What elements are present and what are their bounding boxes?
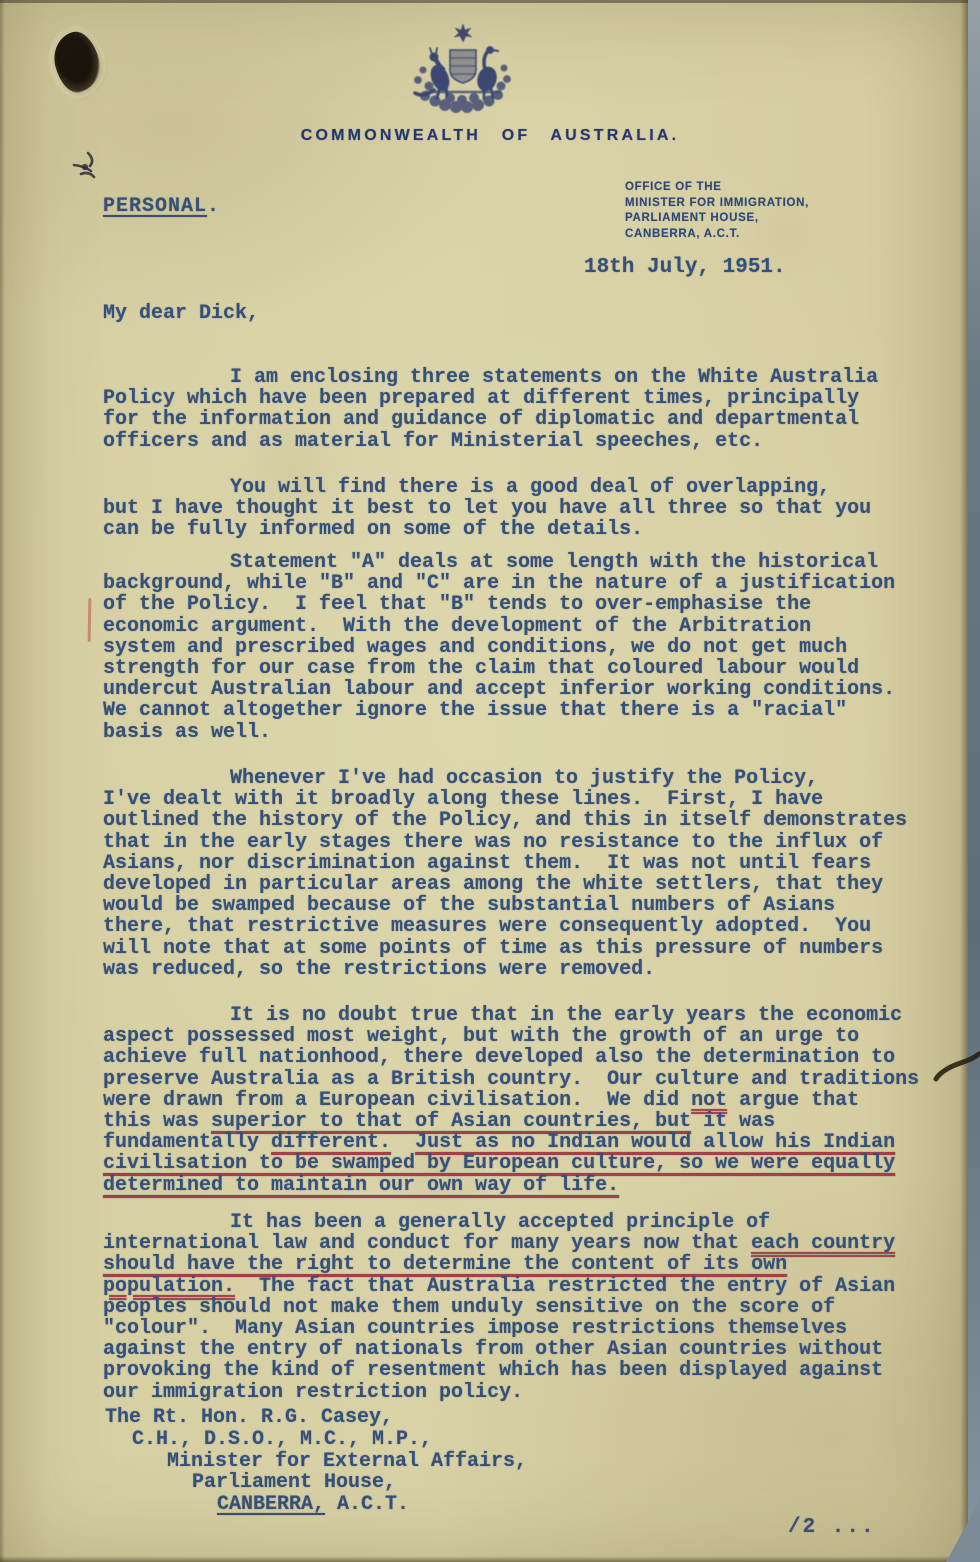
classification-stamp: PERSONAL. [103,195,220,218]
text-segment: PERSONAL [103,195,207,218]
scanner-background-strip [968,0,980,1562]
address-line: PARLIAMENT HOUSE, [625,211,809,227]
letter-paragraph-3: Statement "A" deals at some length with … [103,552,939,743]
letter-paragraph-6: It has been a generally accepted princip… [103,1212,939,1403]
punch-hole [48,28,105,97]
office-address: OFFICE OF THEMINISTER FOR IMMIGRATION,PA… [625,180,809,242]
text-segment: I am enclosing three statements on the W… [103,366,878,453]
red-margin-annotation [88,598,92,642]
text-segment [391,1131,415,1154]
address-line: MINISTER FOR IMMIGRATION, [625,196,809,212]
text-segment: Whenever I've had occasion to justify th… [103,767,907,981]
recipient-address-block: The Rt. Hon. R.G. Casey,C.H., D.S.O., M.… [105,1407,527,1516]
text-segment: . [207,195,220,218]
letter-paragraph-1: I am enclosing three statements on the W… [103,367,939,452]
address-line: OFFICE OF THE [625,180,809,196]
text-segment: It has been a generally accepted princip… [103,1211,770,1255]
text-segment: Statement "A" deals at some length with … [103,551,895,744]
page-left-edge [0,0,5,1562]
letter-paragraph-5: It is no doubt true that in the early ye… [103,1005,939,1196]
ink-blot-scribble [66,146,108,195]
scanned-letter-page: COMMONWEALTH OF AUSTRALIA. PERSONAL. OFF… [0,0,980,1562]
text-segment: The Rt. Hon. R.G. Casey, [105,1406,393,1429]
letter-date: 18th July, 1951. [584,256,786,279]
address-line: CANBERRA, A.C.T. [625,227,809,243]
recipient-line: Minister for External Affairs, [105,1451,527,1473]
page-bottom-edge [0,1556,980,1562]
text-segment: not [691,1089,727,1112]
text-segment: Minister for External Affairs, [167,1450,527,1473]
salutation: My dear Dick, [103,302,259,325]
letterhead-title: COMMONWEALTH OF AUSTRALIA. [0,127,980,145]
text-segment: Parliament House, [192,1471,396,1494]
text-segment: You will find there is a good deal of ov… [103,476,871,541]
recipient-line: Parliament House, [105,1472,527,1494]
text-segment: population. [103,1275,235,1298]
page-top-edge [0,0,980,3]
recipient-line: CANBERRA, A.C.T. [105,1494,527,1516]
text-segment: each country [751,1232,895,1255]
paper-edge-shadow [960,0,968,1562]
text-segment: CANBERRA, [217,1493,325,1516]
coat-of-arms-emblem [403,22,523,122]
recipient-line: The Rt. Hon. R.G. Casey, [105,1407,527,1429]
page-continuation-marker: /2 ... [788,1516,876,1539]
handwritten-margin-arrow [933,1046,980,1093]
letter-paragraph-2: You will find there is a good deal of ov… [103,477,939,541]
letter-paragraph-4: Whenever I've had occasion to justify th… [103,768,939,980]
recipient-line: C.H., D.S.O., M.C., M.P., [105,1429,527,1451]
text-segment: different. [271,1131,391,1154]
text-segment: superior to that of Asian countries, but [211,1110,691,1133]
text-segment: C.H., D.S.O., M.C., M.P., [132,1428,432,1451]
text-segment: A.C.T. [325,1493,409,1516]
text-segment: should have the right to determine the c… [103,1253,787,1276]
